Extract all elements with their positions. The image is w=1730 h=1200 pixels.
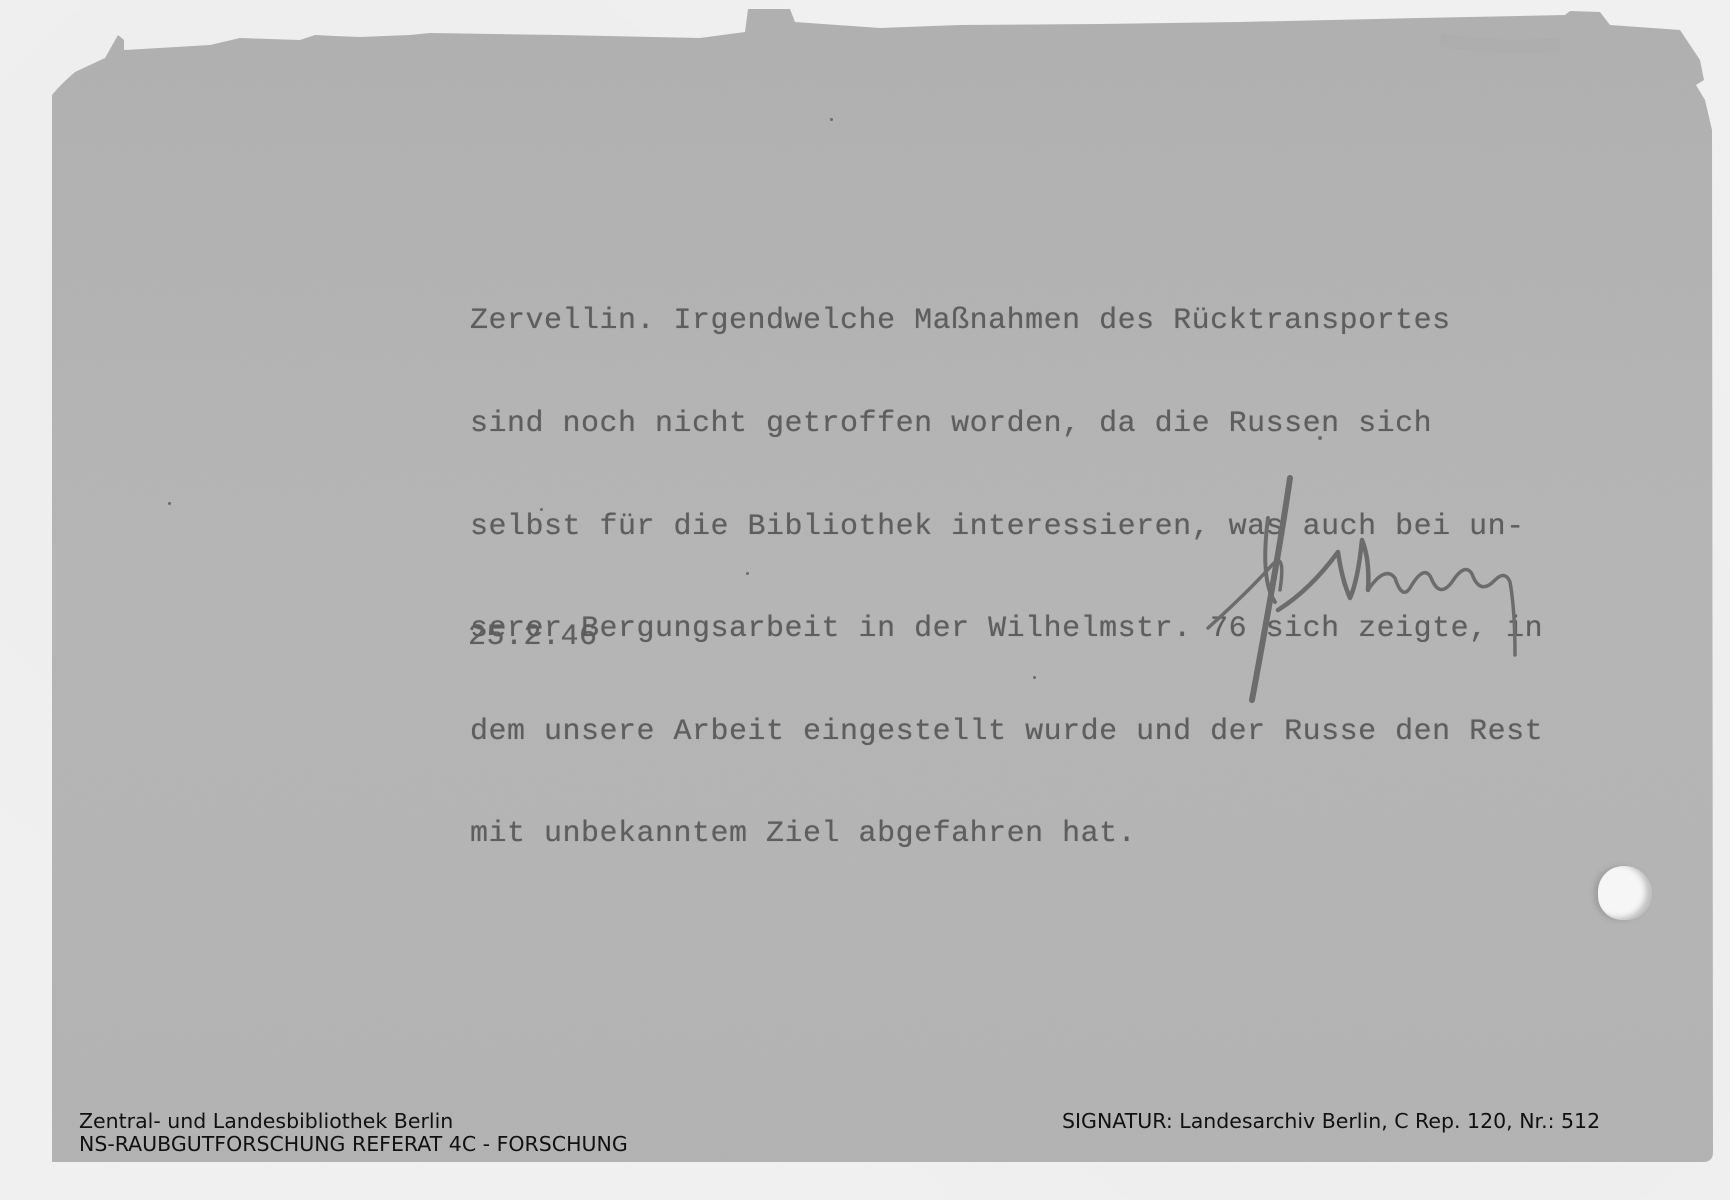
footer-signatur: SIGNATUR: Landesarchiv Berlin, C Rep. 12… [1062,1110,1600,1133]
paper-speck [830,118,833,121]
letter-line: Zervellin. Irgendwelche Maßnahmen des Rü… [470,304,1543,338]
letter-line: mit unbekanntem Ziel abgefahren hat. [470,817,1543,851]
punch-hole [1598,866,1652,920]
footer-institution-block: Zentral- und Landesbibliothek Berlin NS-… [79,1110,628,1156]
footer-institution: Zentral- und Landesbibliothek Berlin [79,1110,628,1133]
letter-date: 25.2.46 [468,620,598,654]
paper-speck [168,502,171,505]
letter-line: sind noch nicht getroffen worden, da die… [470,407,1543,441]
handwritten-signature [1190,470,1590,720]
footer-department: NS-RAUBGUTFORSCHUNG REFERAT 4C - FORSCHU… [79,1133,628,1156]
